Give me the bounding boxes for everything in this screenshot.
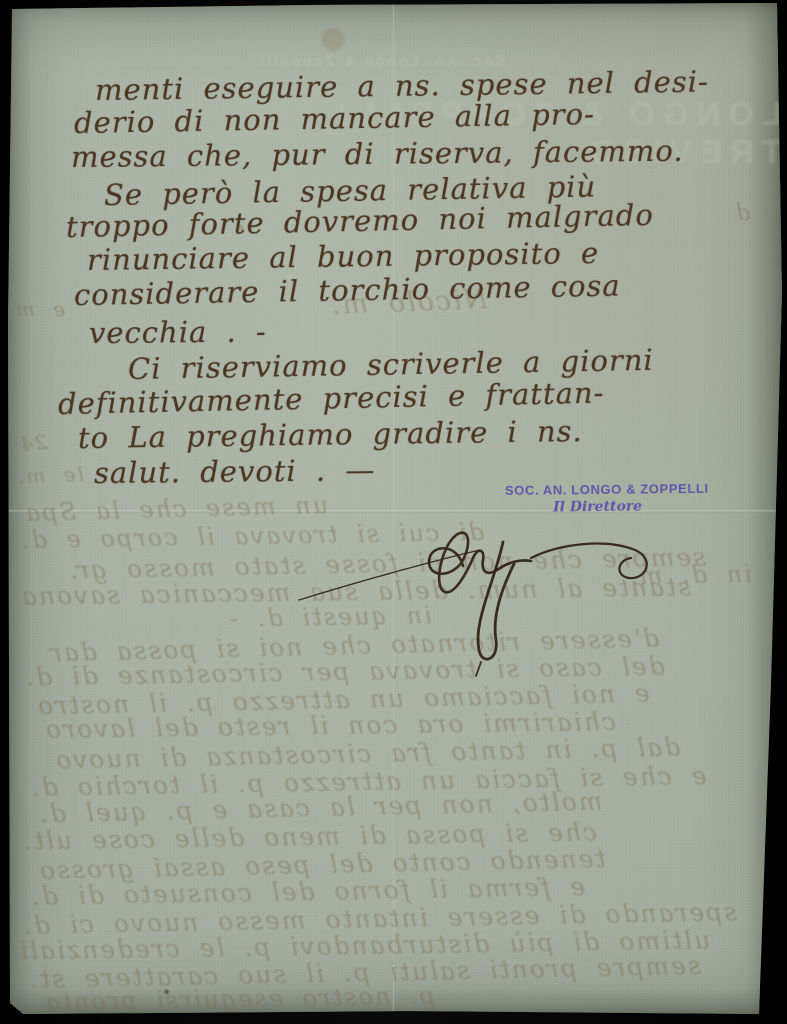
handwriting-line: to La preghiamo gradire i ns. bbox=[78, 417, 583, 453]
handwriting-line: vecchia . - bbox=[89, 317, 267, 348]
handwriting-line: messa che, pur di riserva, facemmo. bbox=[71, 137, 684, 172]
handwriting-layer: menti eseguire a ns. spese nel desi-deri… bbox=[8, 3, 782, 1014]
handwriting-line: definitivamente precisi e frattan- bbox=[58, 379, 605, 419]
letter-paper: Soc. An. Longo & Zoppelli LONGO & ZOPPEL… bbox=[8, 3, 782, 1014]
scan-background: Soc. An. Longo & Zoppelli LONGO & ZOPPEL… bbox=[0, 0, 787, 1024]
handwriting-line: salut. devoti . — bbox=[94, 456, 376, 488]
handwriting-line: derio di non mancare alla pro- bbox=[74, 100, 595, 138]
handwriting-line: considerare il torchio come cosa bbox=[74, 271, 621, 310]
